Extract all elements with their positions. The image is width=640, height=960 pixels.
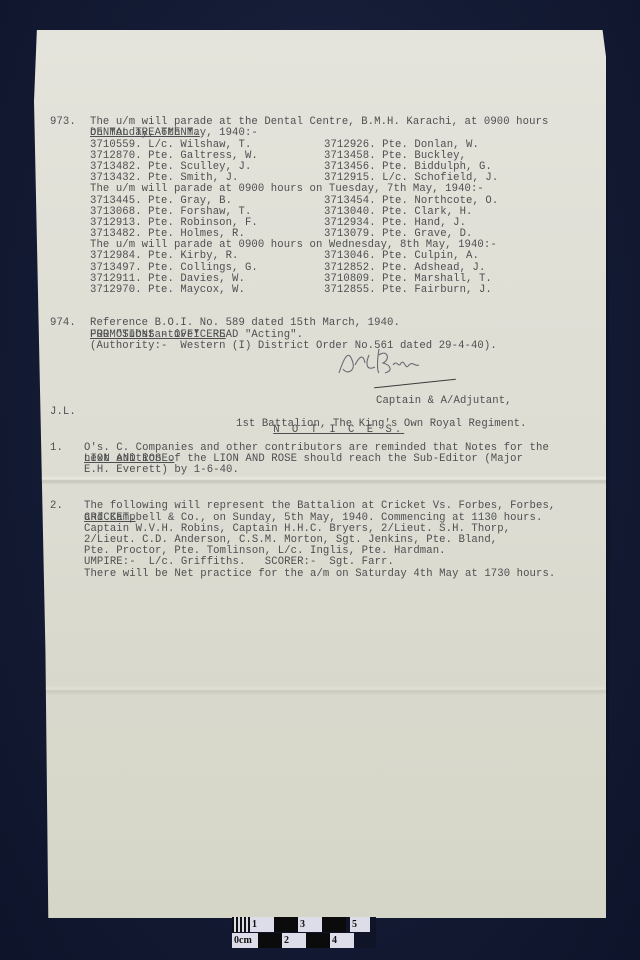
text-line: on Monday, 6th May, 1940:-: [50, 128, 590, 139]
roster-group: 3712984. Pte. Kirby, R.3713046. Pte. Cul…: [50, 251, 590, 296]
scale-label: 3: [298, 917, 322, 932]
roster-entry: 3712855. Pte. Fairburn, J.: [324, 285, 492, 296]
text-line: The u/m will parade at 0900 hours on Tue…: [50, 184, 590, 195]
handwritten-signature: [335, 345, 445, 379]
body-line: The following will represent the Battali…: [84, 501, 555, 512]
text-line: E.H. Everett) by 1-6-40.: [50, 465, 590, 476]
text-line: (Authority:- Western (I) District Order …: [50, 341, 590, 352]
scale-block: [258, 933, 282, 948]
body-line: E.H. Everett) by 1-6-40.: [84, 465, 239, 476]
scale-label: 2: [282, 933, 306, 948]
body-line: UMPIRE:- L/c. Griffiths. SCORER:- Sgt. F…: [84, 557, 394, 568]
roster-row: 3713445. Pte. Gray, B.3713454. Pte. Nort…: [50, 196, 590, 207]
scale-block: [274, 917, 298, 932]
scale-bar: 1 3 5 0cm 2 4: [232, 917, 376, 948]
typed-orders: 973. DENTAL TREATMENT. The u/m will para…: [50, 106, 590, 580]
text-line: The following will represent the Battali…: [50, 501, 590, 512]
notice-body: The following will represent the Battali…: [50, 501, 590, 579]
roster-row: 3712970. Pte. Maycox, W.3712855. Pte. Fa…: [50, 285, 590, 296]
scale-label: 4: [330, 933, 354, 948]
scale-label: 5: [350, 917, 370, 932]
notice-heading-row: 1. LION AND ROSE.: [50, 432, 590, 443]
roster-entry: 3712970. Pte. Maycox, W.: [90, 285, 245, 296]
scale-block: [322, 917, 346, 932]
text-line: There will be Net practice for the a/m o…: [50, 569, 590, 580]
intro-line: on Monday, 6th May, 1940:-: [90, 128, 258, 139]
body-line: There will be Net practice for the a/m o…: [84, 569, 555, 580]
body-line: Reference B.O.I. No. 589 dated 15th Marc…: [90, 318, 400, 329]
roster-row: 3712984. Pte. Kirby, R.3713046. Pte. Cul…: [50, 251, 590, 262]
roster-entry: 3713046. Pte. Culpin, A.: [324, 251, 479, 262]
scale-label: 1: [250, 917, 274, 932]
roster-group: 3713445. Pte. Gray, B.3713454. Pte. Nort…: [50, 196, 590, 241]
text-line: UMPIRE:- L/c. Griffiths. SCORER:- Sgt. F…: [50, 557, 590, 568]
signature-unit-row: J.L. 1st Battalion, The King's Own Royal…: [50, 396, 590, 407]
notice-body: O's. C. Companies and other contributors…: [50, 443, 590, 477]
scale-label: 0cm: [232, 933, 258, 948]
fold-crease: [34, 685, 606, 695]
notices-heading-row: N O T I C E S.: [50, 413, 590, 424]
scale-block: [306, 933, 330, 948]
roster-group: 3710559. L/c. Wilshaw, T.3712926. Pte. D…: [50, 140, 590, 185]
text-line: Reference B.O.I. No. 589 dated 15th Marc…: [50, 318, 590, 329]
signature-title-row: Captain & A/Adjutant,: [50, 385, 590, 396]
roster-entry: 3712984. Pte. Kirby, R.: [90, 251, 239, 262]
group-header: The u/m will parade at 0900 hours on Tue…: [90, 184, 484, 195]
